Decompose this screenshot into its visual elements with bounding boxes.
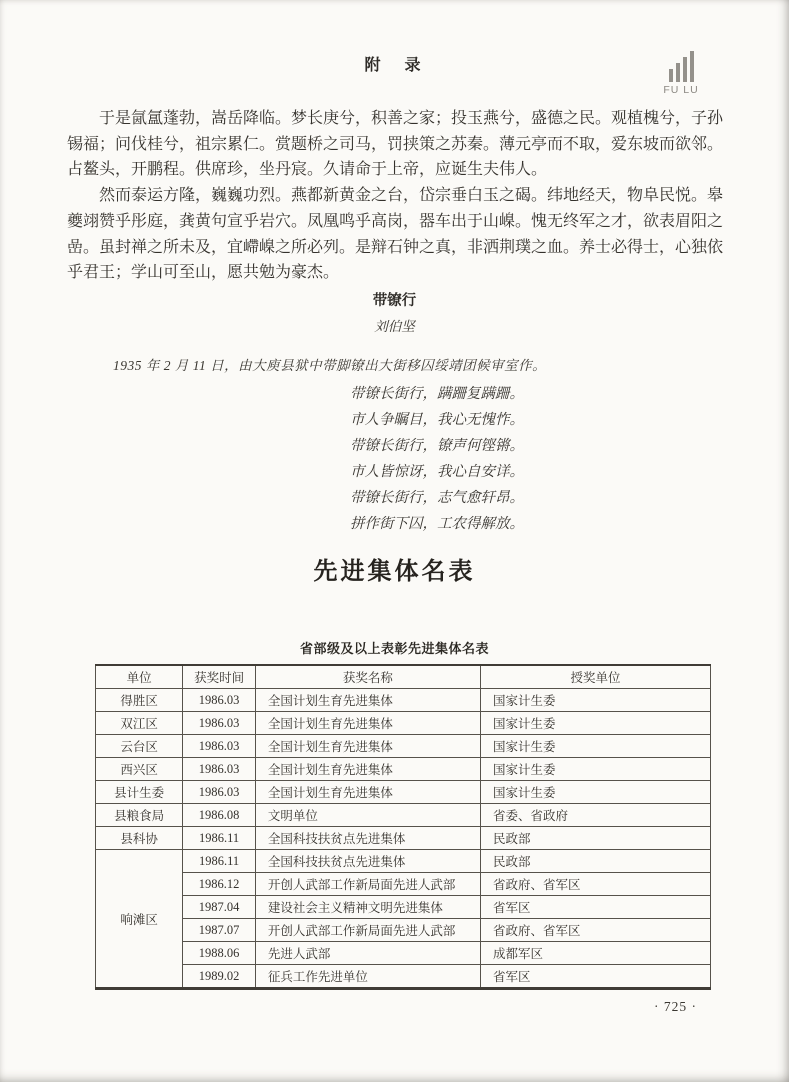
cell-date: 1987.07 — [183, 919, 256, 942]
cell-unit: 县计生委 — [96, 781, 183, 804]
page-number: · 725 · — [654, 999, 697, 1015]
cell-award: 全国计划生育先进集体 — [255, 735, 480, 758]
cell-date: 1986.11 — [183, 850, 256, 873]
cell-date: 1986.03 — [183, 689, 256, 712]
cell-date: 1986.11 — [183, 827, 256, 850]
scanned-book-page: 附 录 FU LU 于是氤氲蓬勃，嵩岳降临。梦长庚兮，积善之家；投玉燕兮，盛德之… — [0, 0, 789, 1082]
cell-award: 文明单位 — [255, 804, 480, 827]
cell-date: 1986.03 — [183, 758, 256, 781]
poem-title: 带镣行 — [0, 289, 789, 310]
cell-date: 1986.08 — [183, 804, 256, 827]
cell-awarder: 国家计生委 — [480, 735, 710, 758]
poem-line: 市人皆惊讶，我心自安详。 — [85, 459, 789, 485]
col-header-awarder: 授奖单位 — [480, 665, 710, 689]
table-row: 1989.02 征兵工作先进单位 省军区 — [96, 965, 711, 989]
cell-awarder: 省军区 — [480, 965, 710, 989]
poem-body: 带镣长街行，蹒跚复蹒跚。 市人争瞩目，我心无愧怍。 带镣长街行，镣声何铿锵。 市… — [85, 381, 789, 537]
table-row: 响滩区 1986.11 全国科技扶贫点先进集体 民政部 — [96, 850, 711, 873]
cell-unit: 云台区 — [96, 735, 183, 758]
cell-awarder: 民政部 — [480, 827, 710, 850]
cell-unit: 县科协 — [96, 827, 183, 850]
cell-awarder: 省政府、省军区 — [480, 873, 710, 896]
cell-award: 全国计划生育先进集体 — [255, 758, 480, 781]
cell-date: 1986.03 — [183, 712, 256, 735]
cell-unit: 县粮食局 — [96, 804, 183, 827]
cell-award: 全国计划生育先进集体 — [255, 712, 480, 735]
cell-awarder: 国家计生委 — [480, 781, 710, 804]
cell-award: 开创人武部工作新局面先进人武部 — [255, 919, 480, 942]
awards-table: 单位 获奖时间 获奖名称 授奖单位 得胜区 1986.03 全国计划生育先进集体… — [95, 664, 711, 990]
cell-awarder: 国家计生委 — [480, 689, 710, 712]
poem-author: 刘伯坚 — [0, 315, 789, 335]
cell-date: 1986.03 — [183, 781, 256, 804]
cell-awarder: 民政部 — [480, 850, 710, 873]
table-row: 双江区 1986.03 全国计划生育先进集体 国家计生委 — [96, 712, 711, 735]
cell-date: 1987.04 — [183, 896, 256, 919]
cell-date: 1986.12 — [183, 873, 256, 896]
table-row: 得胜区 1986.03 全国计划生育先进集体 国家计生委 — [96, 689, 711, 712]
cell-award: 全国计划生育先进集体 — [255, 781, 480, 804]
prose-paragraph-2: 然而泰运方隆，巍巍功烈。燕都新黄金之台，岱宗垂白玉之碣。纬地经天，物阜民悦。皋夔… — [67, 183, 723, 286]
cell-unit: 西兴区 — [96, 758, 183, 781]
cell-unit: 得胜区 — [96, 689, 183, 712]
bar-chart-icon — [659, 50, 703, 82]
cell-award: 开创人武部工作新局面先进人武部 — [255, 873, 480, 896]
table-caption: 省部级及以上表彰先进集体名表 — [0, 638, 789, 657]
cell-award: 先进人武部 — [255, 942, 480, 965]
poem-line: 拼作街下囚，工农得解放。 — [85, 511, 789, 537]
prose-block: 于是氤氲蓬勃，嵩岳降临。梦长庚兮，积善之家；投玉燕兮，盛德之民。观植槐兮，子孙锡… — [67, 106, 723, 286]
table-row: 西兴区 1986.03 全国计划生育先进集体 国家计生委 — [96, 758, 711, 781]
table-row: 县粮食局 1986.08 文明单位 省委、省政府 — [96, 804, 711, 827]
poem-line: 带镣长街行，志气愈轩昂。 — [85, 485, 789, 511]
cell-award: 全国科技扶贫点先进集体 — [255, 850, 480, 873]
poem-preface: 1935 年 2 月 11 日，由大庾县狱中带脚镣出大街移囚绥靖团候审室作。 — [113, 354, 546, 374]
chapter-logo: FU LU — [659, 50, 703, 96]
logo-caption: FU LU — [659, 84, 703, 96]
prose-paragraph-1: 于是氤氲蓬勃，嵩岳降临。梦长庚兮，积善之家；投玉燕兮，盛德之民。观植槐兮，子孙锡… — [67, 106, 723, 183]
cell-awarder: 省军区 — [480, 896, 710, 919]
table-row: 县科协 1986.11 全国科技扶贫点先进集体 民政部 — [96, 827, 711, 850]
col-header-unit: 单位 — [96, 665, 183, 689]
table-row: 县计生委 1986.03 全国计划生育先进集体 国家计生委 — [96, 781, 711, 804]
cell-award: 征兵工作先进单位 — [255, 965, 480, 989]
table-row: 1986.12 开创人武部工作新局面先进人武部 省政府、省军区 — [96, 873, 711, 896]
cell-date: 1989.02 — [183, 965, 256, 989]
col-header-date: 获奖时间 — [183, 665, 256, 689]
poem-line: 带镣长街行，蹒跚复蹒跚。 — [85, 381, 789, 407]
poem-line: 市人争瞩目，我心无愧怍。 — [85, 407, 789, 433]
cell-unit: 双江区 — [96, 712, 183, 735]
cell-awarder: 国家计生委 — [480, 712, 710, 735]
cell-awarder: 省政府、省军区 — [480, 919, 710, 942]
cell-award: 全国科技扶贫点先进集体 — [255, 827, 480, 850]
cell-date: 1986.03 — [183, 735, 256, 758]
cell-date: 1988.06 — [183, 942, 256, 965]
table-header-row: 单位 获奖时间 获奖名称 授奖单位 — [96, 665, 711, 689]
section-title: 先进集体名表 — [0, 551, 789, 586]
table-row: 云台区 1986.03 全国计划生育先进集体 国家计生委 — [96, 735, 711, 758]
table-row: 1987.04 建设社会主义精神文明先进集体 省军区 — [96, 896, 711, 919]
cell-awarder: 成都军区 — [480, 942, 710, 965]
cell-unit-merged: 响滩区 — [96, 850, 183, 989]
poem-line: 带镣长街行，镣声何铿锵。 — [85, 433, 789, 459]
table-row: 1987.07 开创人武部工作新局面先进人武部 省政府、省军区 — [96, 919, 711, 942]
cell-awarder: 省委、省政府 — [480, 804, 710, 827]
cell-award: 全国计划生育先进集体 — [255, 689, 480, 712]
table-row: 1988.06 先进人武部 成都军区 — [96, 942, 711, 965]
cell-award: 建设社会主义精神文明先进集体 — [255, 896, 480, 919]
col-header-award: 获奖名称 — [255, 665, 480, 689]
cell-awarder: 国家计生委 — [480, 758, 710, 781]
